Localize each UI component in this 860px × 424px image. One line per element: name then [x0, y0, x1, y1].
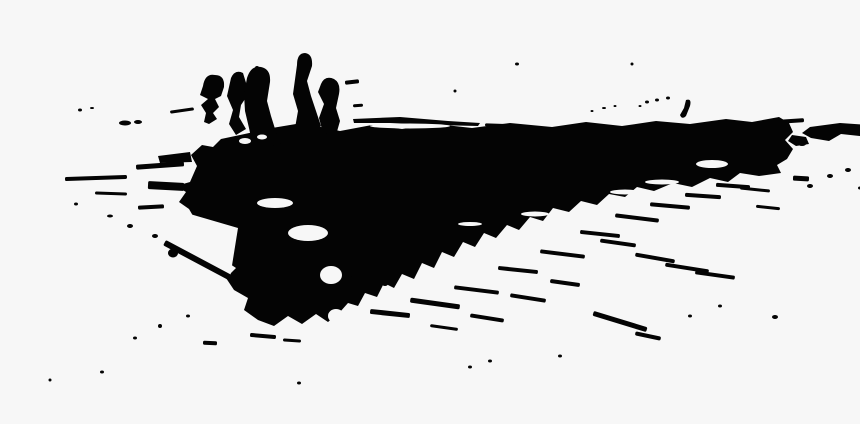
- ink-hole-10: [370, 124, 450, 129]
- ink-hole-11: [239, 138, 251, 144]
- ink-speckle-16: [74, 203, 78, 206]
- ink-speckle-32: [772, 315, 778, 319]
- ink-speckle-4: [645, 101, 649, 104]
- ink-hole-0: [288, 225, 328, 241]
- ink-speckle-17: [107, 215, 113, 218]
- ink-speckle-26: [297, 382, 301, 385]
- ink-speckle-5: [655, 99, 659, 102]
- ink-speckle-7: [639, 105, 642, 107]
- ink-hole-5: [610, 190, 640, 195]
- ink-dash-33: [793, 176, 809, 182]
- ink-hole-7: [631, 198, 657, 203]
- ink-speckle-20: [168, 249, 178, 258]
- ink-speckle-8: [591, 110, 594, 112]
- ink-dash-31: [203, 341, 217, 346]
- ink-speckle-34: [688, 315, 692, 318]
- ink-speckle-36: [827, 174, 833, 178]
- ink-speckle-6: [666, 97, 670, 100]
- ink-speckle-30: [558, 355, 562, 358]
- ink-speckle-3: [631, 63, 634, 66]
- ink-smear-artwork: [40, 16, 860, 408]
- ink-hole-12: [257, 135, 267, 140]
- ink-speckle-25: [49, 379, 52, 382]
- ink-speckle-21: [133, 337, 137, 340]
- ink-hole-9: [458, 222, 482, 226]
- ink-hole-1: [320, 266, 342, 284]
- ink-speckle-27: [468, 366, 472, 369]
- ink-speckle-19: [152, 234, 158, 238]
- ink-speckle-11: [454, 90, 457, 93]
- ink-speckle-1: [515, 63, 519, 66]
- ink-speckle-33: [718, 305, 722, 308]
- ink-speckle-9: [602, 107, 606, 109]
- ink-hole-2: [328, 309, 344, 323]
- ink-speckle-29: [347, 276, 353, 280]
- ink-speckle-13: [90, 107, 94, 109]
- ink-speckle-12: [78, 109, 82, 112]
- ink-speckle-31: [488, 360, 492, 363]
- ink-speckle-22: [158, 324, 162, 328]
- ink-hole-3: [696, 160, 728, 168]
- ink-speckle-39: [798, 142, 806, 146]
- ink-speckle-14: [119, 121, 131, 126]
- ink-smear-svg: [40, 16, 860, 408]
- ink-speckle-0: [255, 66, 259, 70]
- ink-speckle-23: [186, 315, 190, 318]
- ink-speckle-18: [127, 224, 133, 228]
- ink-speckle-15: [134, 120, 142, 124]
- ink-speckle-37: [845, 168, 851, 172]
- ink-hole-4: [257, 198, 293, 208]
- ink-hole-8: [521, 212, 549, 217]
- ink-speckle-35: [807, 184, 813, 188]
- ink-speckle-28: [382, 282, 388, 286]
- ink-hole-6: [645, 180, 679, 185]
- ink-speckle-10: [614, 105, 617, 107]
- ink-speckle-24: [100, 371, 104, 374]
